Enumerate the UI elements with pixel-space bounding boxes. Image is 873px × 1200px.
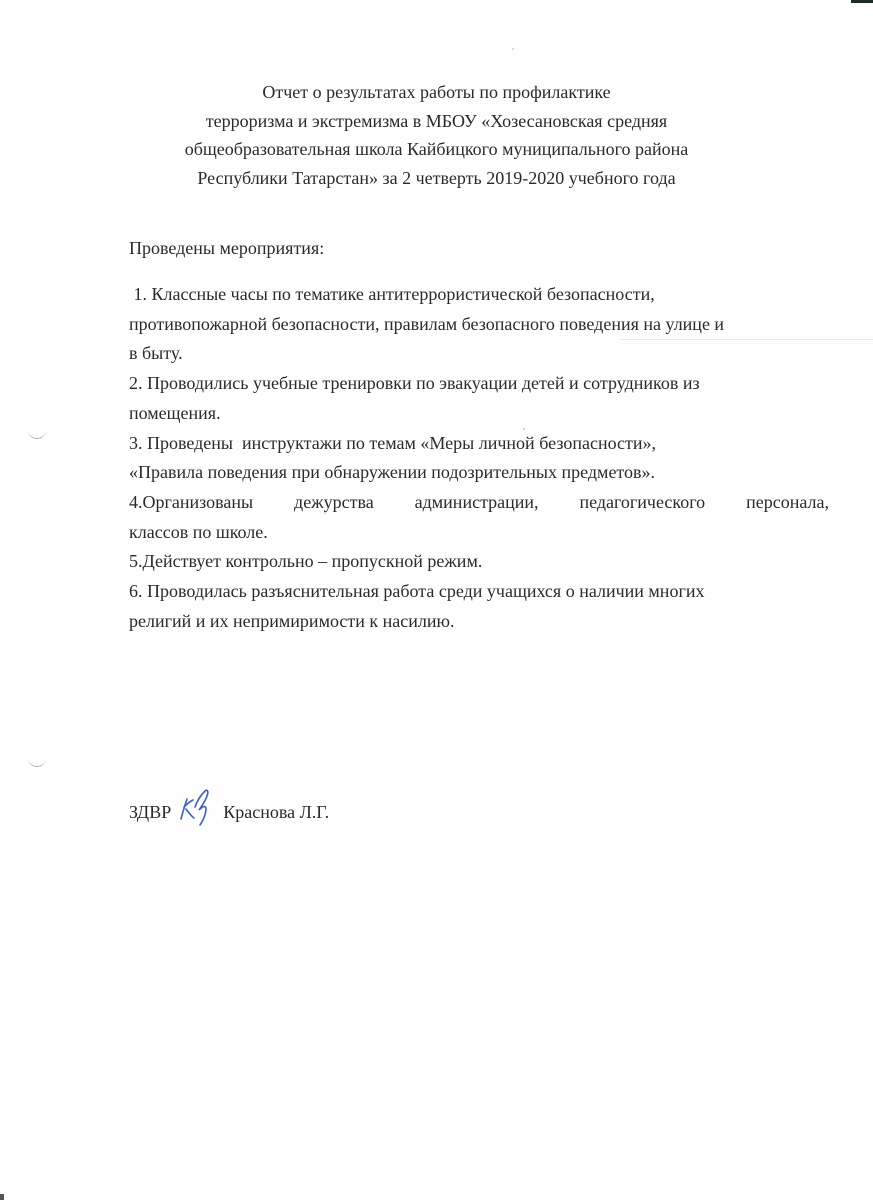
scan-corner-mark <box>0 1194 4 1200</box>
intro-heading: Проведены мероприятия: <box>129 238 324 259</box>
scan-speck <box>512 48 514 50</box>
item-line: «Правила поведения при обнаружении подоз… <box>129 458 834 488</box>
item-line: в быту. <box>129 339 834 369</box>
punch-hole-mark <box>28 428 46 439</box>
word: персонала, <box>746 488 829 518</box>
item-line: помещения. <box>129 399 834 429</box>
signatory-name: Краснова Л.Г. <box>223 802 329 823</box>
item-line: 5.Действует контрольно – пропускной режи… <box>129 547 834 577</box>
list-item: 4.Организованы дежурства администрации, … <box>129 488 834 547</box>
list-item: 5.Действует контрольно – пропускной режи… <box>129 547 834 577</box>
word: 4.Организованы <box>129 488 253 518</box>
word: дежурства <box>294 488 374 518</box>
punch-hole-mark <box>28 756 46 767</box>
item-line: классов по школе. <box>129 518 834 548</box>
item-line: 1. Классные часы по тематике антитеррори… <box>129 280 834 310</box>
title-line: общеобразовательная школа Кайбицкого мун… <box>0 135 873 164</box>
title-line: Республики Татарстан» за 2 четверть 2019… <box>0 164 873 193</box>
item-line: противопожарной безопасности, правилам б… <box>129 310 834 340</box>
handwritten-signature-icon <box>175 783 219 827</box>
item-line-justified: 4.Организованы дежурства администрации, … <box>129 488 829 518</box>
list-item: 6. Проводилась разъяснительная работа ср… <box>129 577 834 636</box>
signature-block: ЗДВР Краснова Л.Г. <box>129 797 329 827</box>
word: педагогического <box>579 488 705 518</box>
list-item: 3. Проведены инструктажи по темам «Меры … <box>129 429 834 488</box>
title-line: терроризма и экстремизма в МБОУ «Хозесан… <box>0 107 873 136</box>
list-item: 2. Проводились учебные тренировки по эва… <box>129 369 834 428</box>
document-title: Отчет о результатах работы по профилакти… <box>0 78 873 192</box>
item-line: 2. Проводились учебные тренировки по эва… <box>129 369 834 399</box>
item-line: 6. Проводилась разъяснительная работа ср… <box>129 577 834 607</box>
signatory-position: ЗДВР <box>129 802 171 823</box>
item-line: религий и их непримиримости к насилию. <box>129 607 834 637</box>
word: администрации, <box>415 488 539 518</box>
list-item: 1. Классные часы по тематике антитеррори… <box>129 280 834 369</box>
item-line: 3. Проведены инструктажи по темам «Меры … <box>129 429 834 459</box>
title-line: Отчет о результатах работы по профилакти… <box>0 78 873 107</box>
activities-list: 1. Классные часы по тематике антитеррори… <box>129 280 834 636</box>
scanned-document-page: Отчет о результатах работы по профилакти… <box>0 0 873 1200</box>
scan-corner-mark <box>851 0 873 3</box>
